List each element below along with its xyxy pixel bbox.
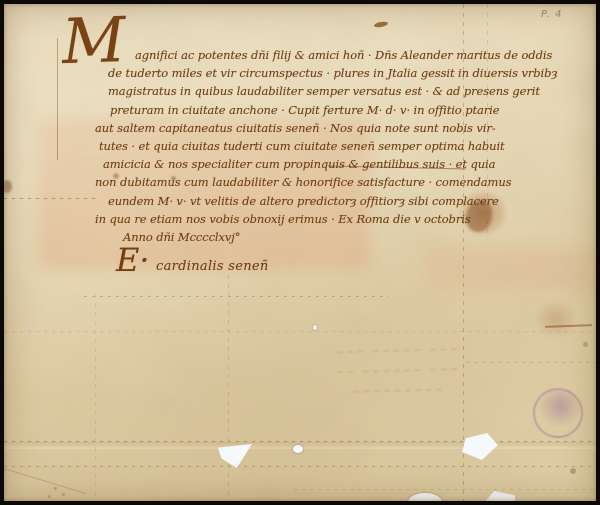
photo-frame: ~~~ ~~~~~ ~~~ ~~~ ~~~~~~ ~~ ~~~~~~~~~ M … (0, 0, 600, 505)
stain-brown-smudge (526, 292, 586, 346)
fold-crease-horizontal (294, 489, 596, 490)
tear-hole (313, 325, 317, 330)
signature-initial: E· (116, 244, 150, 276)
letter-line: amicicia & nos specialiter cum propinqui… (95, 155, 573, 173)
margin-ruling-line (57, 38, 58, 160)
tear-hole (408, 493, 442, 501)
stain-dot (48, 495, 51, 498)
edge-stain (4, 180, 12, 193)
stain-pink-band (424, 247, 596, 289)
fold-crease-horizontal (4, 331, 596, 332)
fold-crease-diagonal (4, 467, 86, 494)
letter-line: preturam in ciuitate anchone · Cupit fer… (95, 101, 573, 119)
letter-line: aut saltem capitaneatus ciuitatis seneñ … (95, 119, 573, 137)
ink-stamp (533, 388, 583, 438)
letter-line: de tuderto miles et vir circumspectus · … (95, 64, 573, 82)
signature-title: cardinalis seneñ (156, 259, 269, 274)
letter-line: eundem M· v· vt velitis de altero predic… (95, 192, 573, 210)
stain-streak (545, 324, 592, 328)
letter-line: agnifici ac potentes dñi filij & amici h… (95, 46, 573, 64)
letter-line: non dubitamus cum laudabiliter & honorif… (95, 173, 573, 191)
stain-dot (54, 487, 57, 490)
tear-hole (462, 433, 498, 460)
fold-crease-horizontal (4, 441, 596, 442)
tear-hole (293, 445, 303, 453)
showthrough-text: ~~~ ~~~~~ ~~~ ~~~ ~~~~~~ ~~ ~~~~~~~~~ (329, 340, 463, 403)
stain-dot (583, 342, 588, 347)
stain-dot (570, 468, 576, 474)
letter-line: Anno dñi Mcccclxvj° (95, 228, 573, 246)
ink-fleck (374, 21, 389, 28)
fold-crease-horizontal (466, 362, 596, 363)
tear-hole (485, 491, 515, 501)
stain-dot (62, 493, 65, 496)
fold-crease-horizontal (4, 198, 99, 199)
showthrough-line: ~~~~~~~~~ (330, 380, 462, 403)
fold-crease-vertical (228, 266, 229, 501)
letter-line: tutes · et quia ciuitas tuderti cum ciui… (95, 137, 573, 155)
tear-hole (218, 444, 252, 468)
pencil-annotation: P. 4 (541, 9, 562, 20)
fold-crease-vertical (95, 294, 96, 501)
parchment-sheet: ~~~ ~~~~~ ~~~ ~~~ ~~~~~~ ~~ ~~~~~~~~~ M … (4, 4, 596, 501)
fold-crease-horizontal (4, 466, 596, 467)
letter-body: agnifici ac potentes dñi filij & amici h… (95, 46, 573, 246)
letter-line: magistratus in quibus laudabiliter sempe… (95, 82, 573, 100)
letter-line: in qua re etiam nos vobis obnoxij erimus… (95, 210, 573, 228)
fold-crease-horizontal (84, 296, 389, 297)
